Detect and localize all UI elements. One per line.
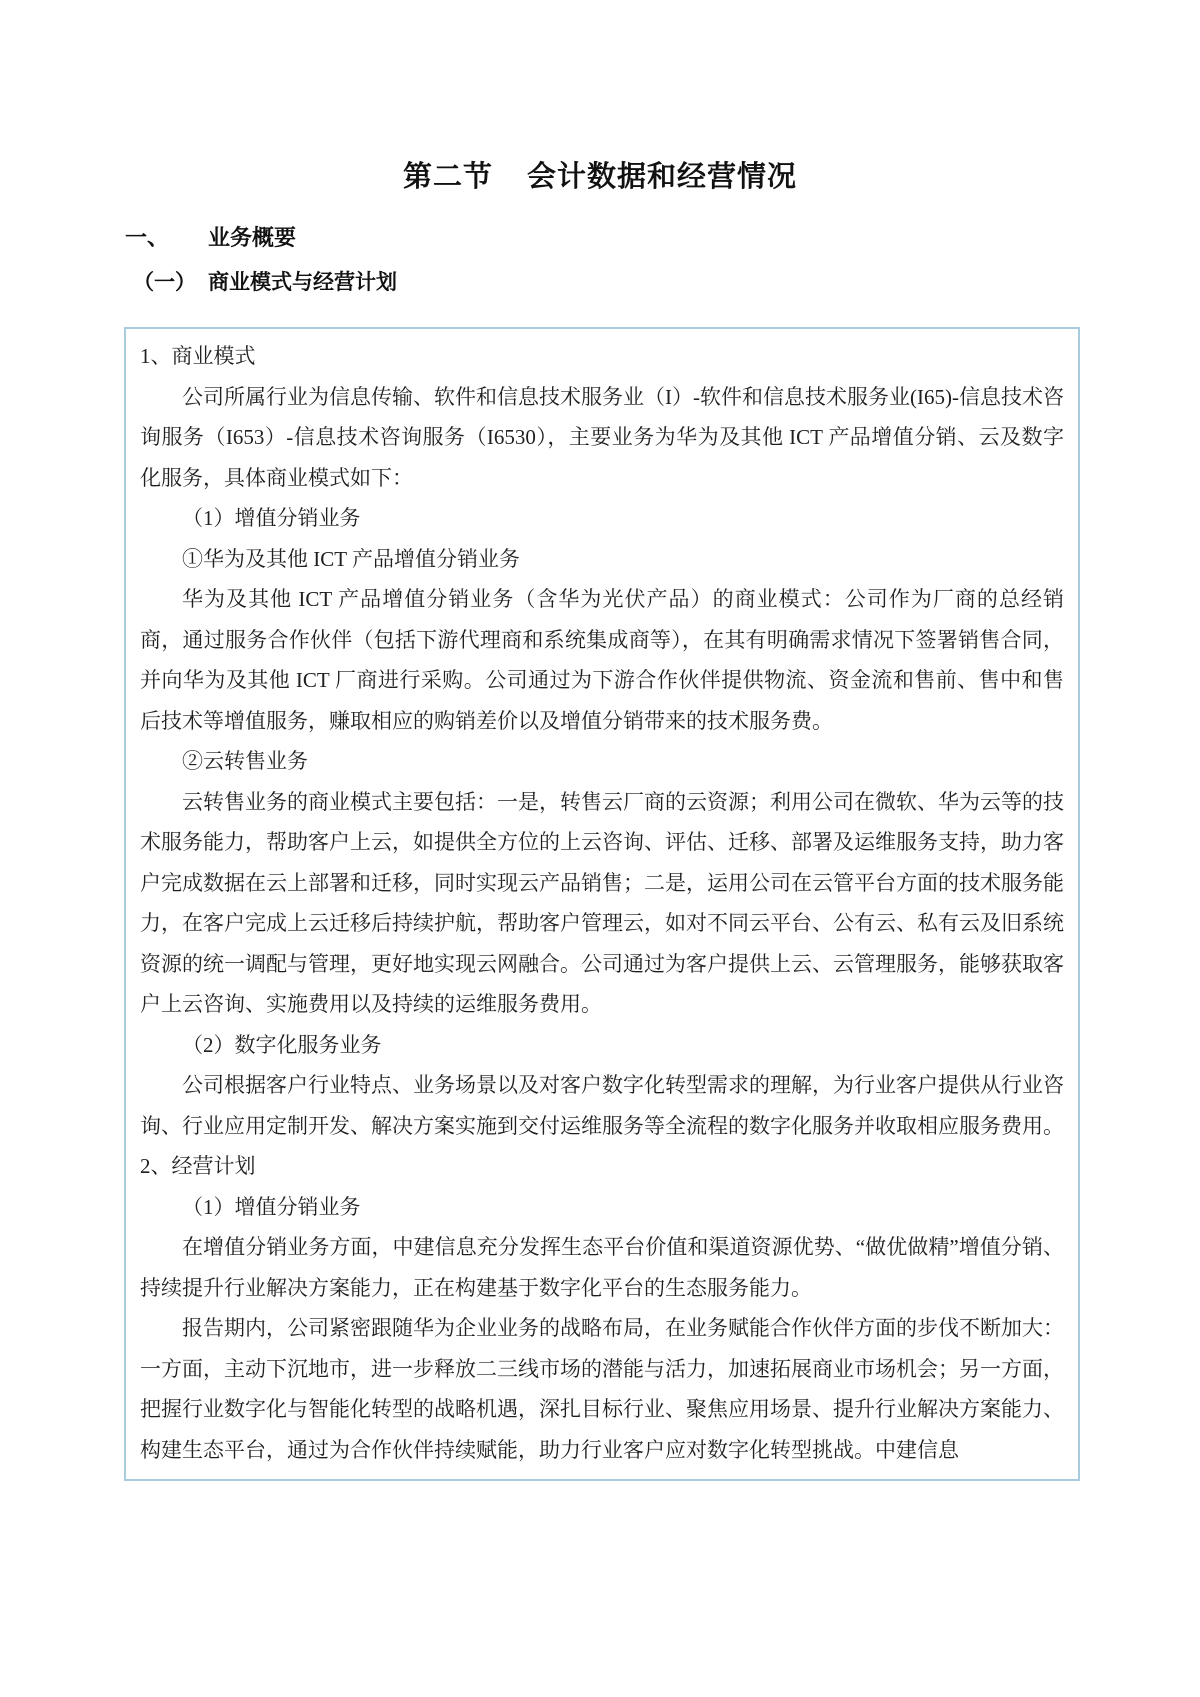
paragraph: （1）增值分销业务 (140, 1187, 1064, 1228)
paragraph: （1）增值分销业务 (140, 498, 1064, 539)
paragraph: ②云转售业务 (140, 741, 1064, 782)
page-title: 第二节会计数据和经营情况 (0, 160, 1200, 194)
section-heading-label: 业务概要 (208, 225, 296, 250)
subsection-heading: （一）商业模式与经营计划 (0, 270, 1200, 295)
section-heading: 一、业务概要 (0, 225, 1200, 251)
page-title-text: 会计数据和经营情况 (527, 161, 797, 193)
content-box: 1、商业模式公司所属行业为信息传输、软件和信息技术服务业（I）-软件和信息技术服… (124, 327, 1080, 1481)
paragraph: 华为及其他 ICT 产品增值分销业务（含华为光伏产品）的商业模式：公司作为厂商的… (140, 579, 1064, 741)
paragraph: （2）数字化服务业务 (140, 1025, 1064, 1066)
subsection-heading-number: （一） (133, 270, 208, 295)
document-page: 第二节会计数据和经营情况 一、业务概要 （一）商业模式与经营计划 1、商业模式公… (0, 0, 1200, 1481)
paragraph: 云转售业务的商业模式主要包括：一是，转售云厂商的云资源；利用公司在微软、华为云等… (140, 782, 1064, 1025)
paragraph: 报告期内，公司紧密跟随华为企业业务的战略布局，在业务赋能合作伙伴方面的步伐不断加… (140, 1308, 1064, 1470)
paragraph: ①华为及其他 ICT 产品增值分销业务 (140, 539, 1064, 580)
section-heading-number: 一、 (125, 225, 208, 251)
page-title-section-number: 第二节 (403, 161, 493, 193)
paragraph: 2、经营计划 (140, 1146, 1064, 1187)
paragraph: 公司根据客户行业特点、业务场景以及对客户数字化转型需求的理解，为行业客户提供从行… (140, 1065, 1064, 1146)
paragraph: 在增值分销业务方面，中建信息充分发挥生态平台价值和渠道资源优势、“做优做精”增值… (140, 1227, 1064, 1308)
paragraph: 1、商业模式 (140, 336, 1064, 377)
subsection-heading-label: 商业模式与经营计划 (208, 271, 397, 294)
paragraph: 公司所属行业为信息传输、软件和信息技术服务业（I）-软件和信息技术服务业(I65… (140, 377, 1064, 499)
